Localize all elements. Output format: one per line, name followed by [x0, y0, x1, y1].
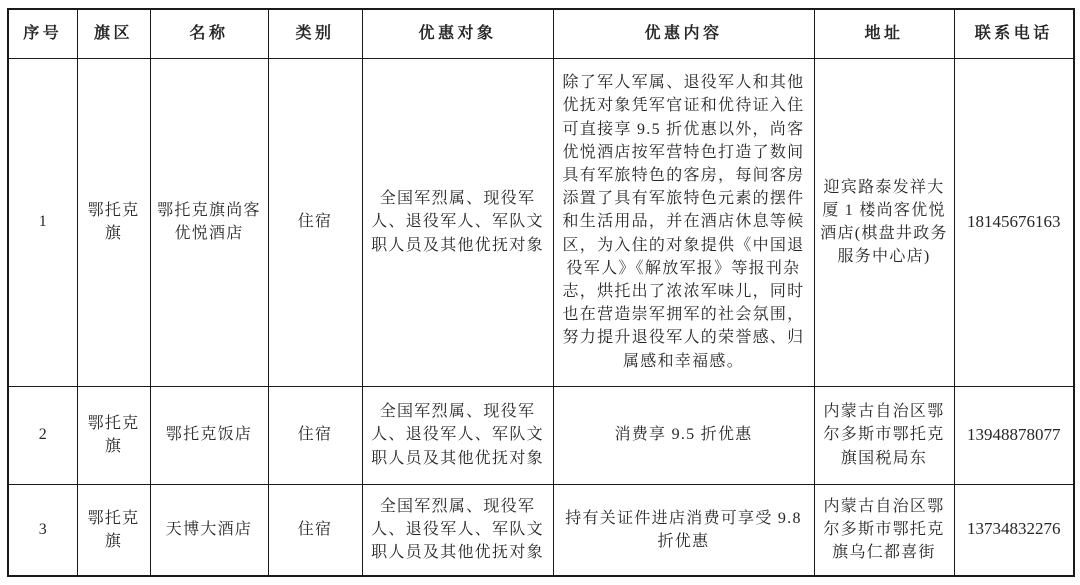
benefits-table: 序号 旗区 名称 类别 优惠对象 优惠内容 地址 联系电话 1 鄂托克旗 鄂托克… [7, 8, 1075, 577]
column-header-name: 名称 [150, 9, 268, 58]
cell-address: 迎宾路泰发祥大厦 1 楼尚客优悦酒店(棋盘井政务服务中心店) [814, 58, 954, 386]
cell-address: 内蒙古自治区鄂尔多斯市鄂托克旗乌仁都喜街 [814, 484, 954, 576]
column-header-seq: 序号 [8, 9, 77, 58]
cell-content: 除了军人军属、退役军人和其他优抚对象凭军官证和优待证入住可直接享 9.5 折优惠… [553, 58, 814, 386]
cell-name: 鄂托克饭店 [150, 386, 268, 484]
cell-seq: 1 [8, 58, 77, 386]
cell-address: 内蒙古自治区鄂尔多斯市鄂托克旗国税局东 [814, 386, 954, 484]
cell-category: 住宿 [268, 58, 362, 386]
cell-name: 天博大酒店 [150, 484, 268, 576]
table-row: 2 鄂托克旗 鄂托克饭店 住宿 全国军烈属、现役军人、退役军人、军队文职人员及其… [8, 386, 1074, 484]
cell-content: 持有关证件进店消费可享受 9.8 折优惠 [553, 484, 814, 576]
cell-target: 全国军烈属、现役军人、退役军人、军队文职人员及其他优抚对象 [362, 58, 553, 386]
cell-content: 消费享 9.5 折优惠 [553, 386, 814, 484]
cell-category: 住宿 [268, 484, 362, 576]
column-header-district: 旗区 [77, 9, 150, 58]
column-header-category: 类别 [268, 9, 362, 58]
cell-district: 鄂托克旗 [77, 58, 150, 386]
column-header-target: 优惠对象 [362, 9, 553, 58]
cell-target: 全国军烈属、现役军人、退役军人、军队文职人员及其他优抚对象 [362, 484, 553, 576]
table-row: 1 鄂托克旗 鄂托克旗尚客优悦酒店 住宿 全国军烈属、现役军人、退役军人、军队文… [8, 58, 1074, 386]
column-header-phone: 联系电话 [954, 9, 1074, 58]
cell-seq: 3 [8, 484, 77, 576]
cell-phone: 13948878077 [954, 386, 1074, 484]
table-row: 3 鄂托克旗 天博大酒店 住宿 全国军烈属、现役军人、退役军人、军队文职人员及其… [8, 484, 1074, 576]
header-row: 序号 旗区 名称 类别 优惠对象 优惠内容 地址 联系电话 [8, 9, 1074, 58]
column-header-address: 地址 [814, 9, 954, 58]
table-body: 1 鄂托克旗 鄂托克旗尚客优悦酒店 住宿 全国军烈属、现役军人、退役军人、军队文… [8, 58, 1074, 576]
cell-name: 鄂托克旗尚客优悦酒店 [150, 58, 268, 386]
cell-phone: 18145676163 [954, 58, 1074, 386]
cell-category: 住宿 [268, 386, 362, 484]
cell-district: 鄂托克旗 [77, 484, 150, 576]
cell-seq: 2 [8, 386, 77, 484]
cell-district: 鄂托克旗 [77, 386, 150, 484]
table-header: 序号 旗区 名称 类别 优惠对象 优惠内容 地址 联系电话 [8, 9, 1074, 58]
cell-target: 全国军烈属、现役军人、退役军人、军队文职人员及其他优抚对象 [362, 386, 553, 484]
cell-phone: 13734832276 [954, 484, 1074, 576]
column-header-content: 优惠内容 [553, 9, 814, 58]
